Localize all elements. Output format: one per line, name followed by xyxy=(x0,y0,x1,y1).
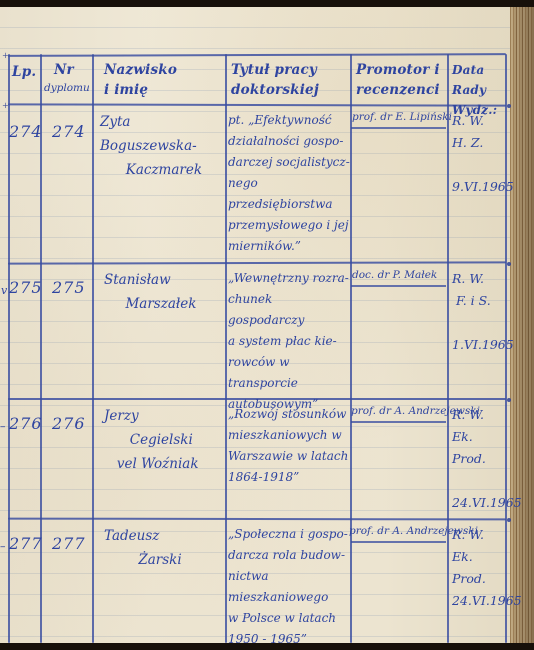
row-thesis-title: „Wewnętrzny rozra- chunek gospodarczy a … xyxy=(228,268,350,415)
row-name: Tadeusz Żarski xyxy=(104,524,224,572)
row-thesis-title: „Rozwój stosunków mieszkaniowych w Warsz… xyxy=(228,404,350,488)
row-name: Zyta Boguszewska- Kaczmarek xyxy=(100,110,224,182)
scanned-register-page: + + Lp. Nr dyplomu Nazwisko i imię Tytuł… xyxy=(0,0,534,650)
promotor-underline xyxy=(351,541,446,543)
line-end-mark xyxy=(507,262,511,266)
row-promotor: prof. dr E. Lipiński xyxy=(352,111,452,123)
row-name: Jerzy Cegielski vel Woźniak xyxy=(104,404,224,476)
row-nr: 277 xyxy=(52,534,86,553)
header-nr-line1: Nr xyxy=(54,60,74,80)
row-date: R. W. Ek. Prod. 24.VI.1965 xyxy=(452,404,506,514)
row-nr: 274 xyxy=(52,122,86,141)
row-date: R. W. Ek. Prod. 24.VI.1965 xyxy=(452,524,506,612)
header-lp: Lp. xyxy=(12,62,40,82)
row-lp: 277 xyxy=(9,534,43,553)
table-grid-line xyxy=(92,54,94,643)
row-margin-mark: v xyxy=(1,284,7,297)
header-name: Nazwisko i imię xyxy=(104,60,177,100)
row-lp: 276 xyxy=(9,414,43,433)
table-grid-line xyxy=(350,54,352,643)
table-grid-line xyxy=(40,54,42,643)
row-name: Stanisław Marszałek xyxy=(104,268,224,316)
table-grid-line xyxy=(8,54,10,643)
row-thesis-title: pt. „Efektywność działalności gospo- dar… xyxy=(228,110,350,257)
row-date: R. W. H. Z. 9.VI.1965 xyxy=(452,110,506,198)
row-lp: 274 xyxy=(9,122,43,141)
margin-mark: + xyxy=(2,52,9,60)
row-lp: 275 xyxy=(9,278,43,297)
promotor-underline xyxy=(351,127,446,129)
header-promotor: Promotor i recenzenci xyxy=(356,60,440,100)
photo-top-band xyxy=(0,0,534,7)
row-promotor: doc. dr P. Małek xyxy=(352,269,437,281)
row-thesis-title: „Społeczna i gospo- darcza rola budow- n… xyxy=(228,524,350,650)
table-grid-line xyxy=(225,54,227,643)
row-nr: 275 xyxy=(52,278,86,297)
promotor-underline xyxy=(351,285,446,287)
promotor-underline xyxy=(351,421,446,423)
header-title: Tytuł pracy doktorskiej xyxy=(231,60,319,100)
row-margin-mark: – xyxy=(0,420,6,433)
row-date: R. W. F. i S. 1.VI.1965 xyxy=(452,268,506,356)
line-end-mark xyxy=(507,398,511,402)
line-end-mark xyxy=(507,518,511,522)
row-nr: 276 xyxy=(52,414,86,433)
row-margin-mark: – xyxy=(0,540,6,553)
header-nr-line2: dyplomu xyxy=(44,82,90,94)
table-grid-line xyxy=(447,54,449,643)
margin-mark: + xyxy=(2,102,9,110)
